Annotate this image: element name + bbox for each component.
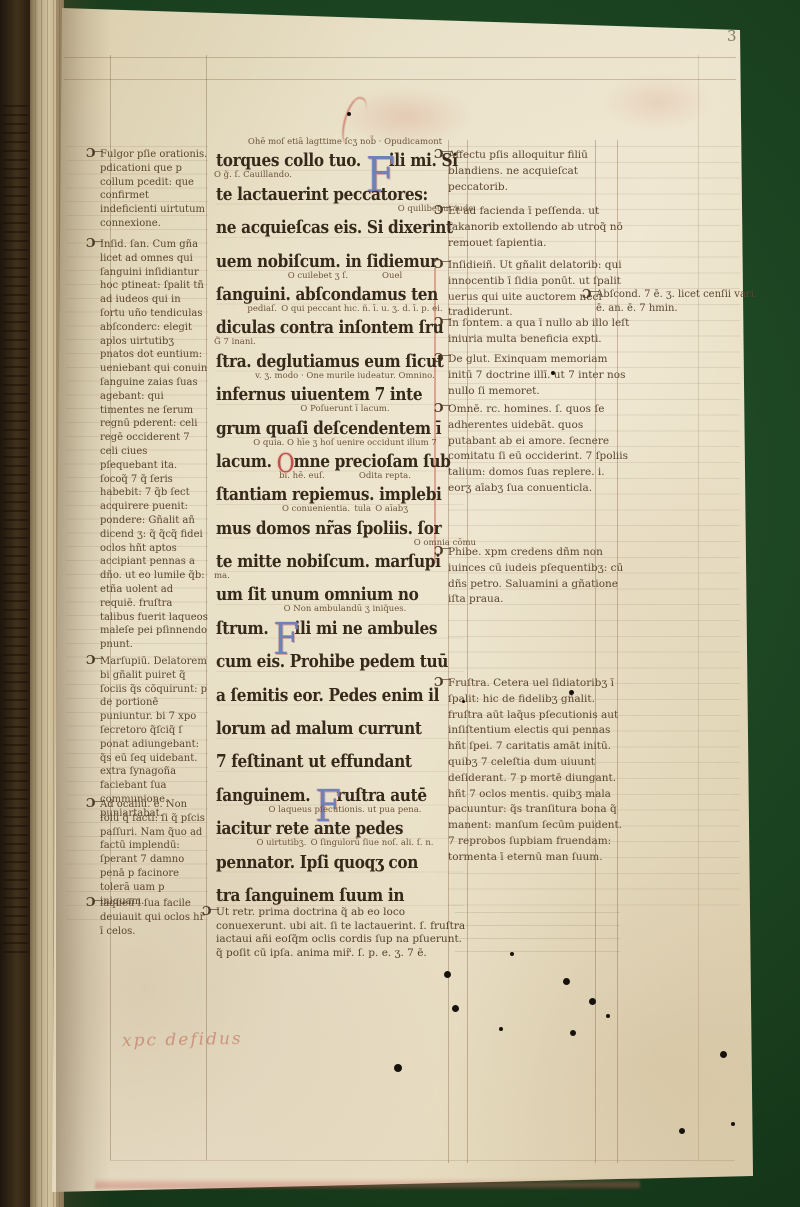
paraph-icon <box>434 257 446 269</box>
ink-spot <box>499 1027 503 1031</box>
bible-text-line: ſanguinem. Fruſtra autē <box>216 785 427 806</box>
interlinear-gloss: O quia. O hīe ʒ hoſ uenire occidunt illu… <box>214 439 476 448</box>
bottom-gloss-text: Ut retr. prima doctrina q̃ ab eo loco co… <box>216 906 465 959</box>
ink-spot <box>589 998 596 1005</box>
main-text-column: Ohē moſ etiā lagttime ſcʒ nob̃ · Opudica… <box>216 140 462 908</box>
illuminated-initial: F <box>273 618 294 638</box>
ink-spot <box>606 1014 610 1018</box>
text-span: ſtrum. <box>216 618 273 639</box>
far-right-gloss-text: Abſcond. 7 ē. ʒ. licet cenſii vari. ē. a… <box>596 289 757 314</box>
bible-text-line: lacum. Omne precioſam ſub <box>216 451 450 472</box>
bible-text-line: ſtra. deglutiamus eum ſicut <box>216 351 443 372</box>
bible-text-line: grum quaſi deſcendentem ī <box>216 418 441 439</box>
bible-text-line: uem nobiſcum. in ſidiemur <box>216 251 438 272</box>
red-edge-stain <box>95 1178 640 1189</box>
text-line: O conuenientia. tula O aīabʒmus domos nr… <box>216 507 462 540</box>
text-line: 7 feſtinant ut effundant <box>216 741 462 774</box>
text-span: lacum. <box>216 451 277 472</box>
ruling-line <box>698 55 699 1160</box>
text-span: torques collo tuo. <box>216 150 366 171</box>
text-span: ſanguinem. <box>216 785 315 806</box>
bible-text-line: um ſit unum omnium no <box>216 584 418 605</box>
gloss-paragraph: Marſupiū. Delatorem bi gñalit puiret q̃ … <box>100 655 208 821</box>
bible-text-line: torques collo tuo. Fili mi. Si <box>216 150 458 171</box>
text-line: O quilibet ut iude.ne acquieſcas eis. Si… <box>216 207 462 240</box>
ink-spot <box>444 971 451 978</box>
interlinear-gloss: O Non ambulandū ʒ iniq̃ues. <box>214 605 476 614</box>
text-line: ma.um ſit unum omnium no <box>216 574 462 607</box>
bible-text-line: ſtrum. Fili mi ne ambules <box>216 618 437 639</box>
paraph-icon <box>434 401 446 413</box>
paraph-icon <box>86 147 98 159</box>
interlinear-gloss: O g̃. ſ. Cauillando. <box>214 171 476 180</box>
text-line: bı. hē. euſ. Odita repta.ſtantiam repiem… <box>216 474 462 507</box>
ink-spot <box>731 1122 735 1126</box>
bible-text-line: ſanguini. abſcondamus ten <box>216 284 438 305</box>
ink-spot <box>551 371 555 375</box>
text-line: tra ſanguinem ſuum in <box>216 875 462 908</box>
text-line: O omnia cōmute mitte nobiſcum. marſupi <box>216 541 462 574</box>
bible-text-line: mus domos nr̃as ſpoliis. ſor <box>216 518 441 539</box>
bible-text-line: a ſemitis eor. Pedes enim il <box>216 685 439 706</box>
text-line: v. ʒ. modo · One murile iudeatur. Omnino… <box>216 374 462 407</box>
text-line: lorum ad malum currunt <box>216 708 462 741</box>
text-span: ruſtra autē <box>336 785 426 806</box>
bible-text-line: infernus uiuentem 7 inte <box>216 384 422 405</box>
ink-spot <box>452 1005 459 1012</box>
bottom-gloss-paragraph: Ut retr. prima doctrina q̃ ab eo loco co… <box>216 906 466 960</box>
gloss-paragraph: Fruſtra. Cetera uel ſidiatoribʒ ī ſpalit… <box>448 676 630 866</box>
bible-text-line: lorum ad malum currunt <box>216 718 422 739</box>
bible-text-line: cum eis. Prohibe pedem tuū <box>216 651 448 672</box>
interlinear-gloss: G̃ 7 inani. <box>214 338 476 347</box>
bible-text-line: ne acquieſcas eis. Si dixerint <box>216 217 453 238</box>
illuminated-initial: F <box>315 785 336 805</box>
paraph-icon <box>582 287 594 299</box>
gloss-paragraph: Omnē. rc. homines. ſ. quos ſe adherentes… <box>448 402 630 497</box>
text-line: G̃ 7 inani.ſtra. deglutiamus eum ſicut <box>216 340 462 373</box>
ruling-line <box>64 79 736 80</box>
ink-spot <box>569 690 574 695</box>
gloss-paragraph: Inſid. ſan. Cum gña licet ad omnes qui ſ… <box>100 238 208 652</box>
text-line: cum eis. Prohibe pedem tuū <box>216 641 462 674</box>
paraph-icon <box>434 351 446 363</box>
bible-text-line: 7 feſtinant ut effundant <box>216 751 412 772</box>
gloss-paragraph: Fulgor pſie orationis. pdicationi que p … <box>100 148 208 231</box>
paraph-icon <box>434 544 446 556</box>
bible-text-line: iacitur rete ante pedes <box>216 818 403 839</box>
text-line: ſanguinem. Fruſtra autē <box>216 774 462 807</box>
ink-offset-stain <box>585 66 730 138</box>
gloss-paragraph: Et ad facienda ī peſſenda. ut ſakanorib … <box>448 204 630 251</box>
text-line: O Non ambulandū ʒ iniq̃ues.ſtrum. Fili m… <box>216 607 462 640</box>
paraph-icon <box>86 896 98 908</box>
paraph-icon <box>434 203 446 215</box>
text-line: O g̃. ſ. Cauillando.te lactauerint pecca… <box>216 173 462 206</box>
bible-text-line: te mitte nobiſcum. marſupi <box>216 551 441 572</box>
illuminated-initial: O <box>277 451 294 471</box>
gloss-paragraph: Phibe. xpm credens dñm non iuinces cū iu… <box>448 545 630 608</box>
ink-spot <box>563 978 570 985</box>
paraph-icon <box>86 654 98 666</box>
bible-text-line: diculas contra inſontem ſru <box>216 317 443 338</box>
bible-text-line: tra ſanguinem ſuum in <box>216 885 404 906</box>
interlinear-gloss: v. ʒ. modo · One murile iudeatur. Omnino… <box>214 372 476 381</box>
ink-spot <box>720 1051 727 1058</box>
text-line: O laqueus pſecutionis. ut pua pena.iacit… <box>216 808 462 841</box>
text-line: O quia. O hīe ʒ hoſ uenire occidunt illu… <box>216 441 462 474</box>
bible-text-line: pennator. Ipſi quoqʒ con <box>216 852 418 873</box>
folio-number: 3 <box>727 27 737 45</box>
interlinear-gloss: O conuenientia. tula O aīabʒ <box>214 505 476 514</box>
interlinear-gloss: pediaſ. O qui peccant hıc. ñ. ī. u. ʒ. d… <box>214 305 476 314</box>
bible-text-line: te lactauerint peccatores: <box>216 184 428 205</box>
text-line: O cuilebet ʒ ſ. Ouelſanguini. abſcondamu… <box>216 274 462 307</box>
interlinear-gloss: ma. <box>214 572 476 581</box>
interlinear-gloss: O uirtutibʒ. O ſingulorū ſiue noſ. ali. … <box>214 839 476 848</box>
gloss-paragraph: laqueū ī ſua facile deuiauit qui oclos h… <box>100 897 208 938</box>
text-span: ili mi ne ambules <box>295 618 438 639</box>
gloss-paragraph: Affectu pſis alloquitur filiū blandiens.… <box>448 148 630 195</box>
ink-spot <box>510 952 514 956</box>
interlinear-gloss: bı. hē. euſ. Odita repta. <box>214 472 476 481</box>
bible-text-line: ſtantiam repiemus. implebi <box>216 484 442 505</box>
text-line: O uirtutibʒ. O ſingulorū ſiue noſ. ali. … <box>216 841 462 874</box>
interlinear-gloss: O cuilebet ʒ ſ. Ouel <box>214 272 476 281</box>
interlinear-gloss: Ohē moſ etiā lagttime ſcʒ nob̃ · Opudica… <box>214 138 476 147</box>
ink-spot <box>570 1030 576 1036</box>
text-line: a ſemitis eor. Pedes enim il <box>216 674 462 707</box>
faded-red-inscription: xpc defidus <box>122 1029 243 1051</box>
interlinear-gloss: O laqueus pſecutionis. ut pua pena. <box>214 806 476 815</box>
ink-spot <box>462 700 465 703</box>
text-line: O Poſuerunt ī lacum.grum quaſi deſcenden… <box>216 407 462 440</box>
paraph-icon <box>434 675 446 687</box>
text-line: Ohē moſ etiā lagttime ſcʒ nob̃ · Opudica… <box>216 140 462 173</box>
facing-page-text-fragments <box>3 105 28 955</box>
paraph-icon <box>434 147 446 159</box>
manuscript-photo: 3 Fulgor pſie orationis. pdicationi que … <box>0 0 800 1207</box>
paraph-icon <box>434 315 446 327</box>
gloss-paragraph: Ad ocaliū. ē. Non ſolū q̃ facti: ſi q̃ p… <box>100 798 208 908</box>
ruling-line <box>110 1160 735 1161</box>
ink-spot <box>394 1064 402 1072</box>
paraph-icon <box>86 237 98 249</box>
ink-spot <box>679 1128 685 1134</box>
text-line: pediaſ. O qui peccant hıc. ñ. ī. u. ʒ. d… <box>216 307 462 340</box>
paraph-icon <box>86 797 98 809</box>
text-line: uem nobiſcum. in ſidiemur <box>216 240 462 273</box>
paraph-icon <box>202 905 214 917</box>
text-span: mne precioſam ſub <box>294 451 451 472</box>
gloss-paragraph: In ſontem. a qua ī nullo ab illo leſt in… <box>448 316 630 348</box>
illuminated-initial: F <box>366 150 389 170</box>
gloss-paragraph: De glut. Exinquam memoriam initū 7 doctr… <box>448 352 630 399</box>
far-right-gloss: Abſcond. 7 ē. ʒ. licet cenſii vari. ē. a… <box>596 288 764 316</box>
ink-spot <box>347 112 351 116</box>
ruling-line <box>64 57 736 58</box>
